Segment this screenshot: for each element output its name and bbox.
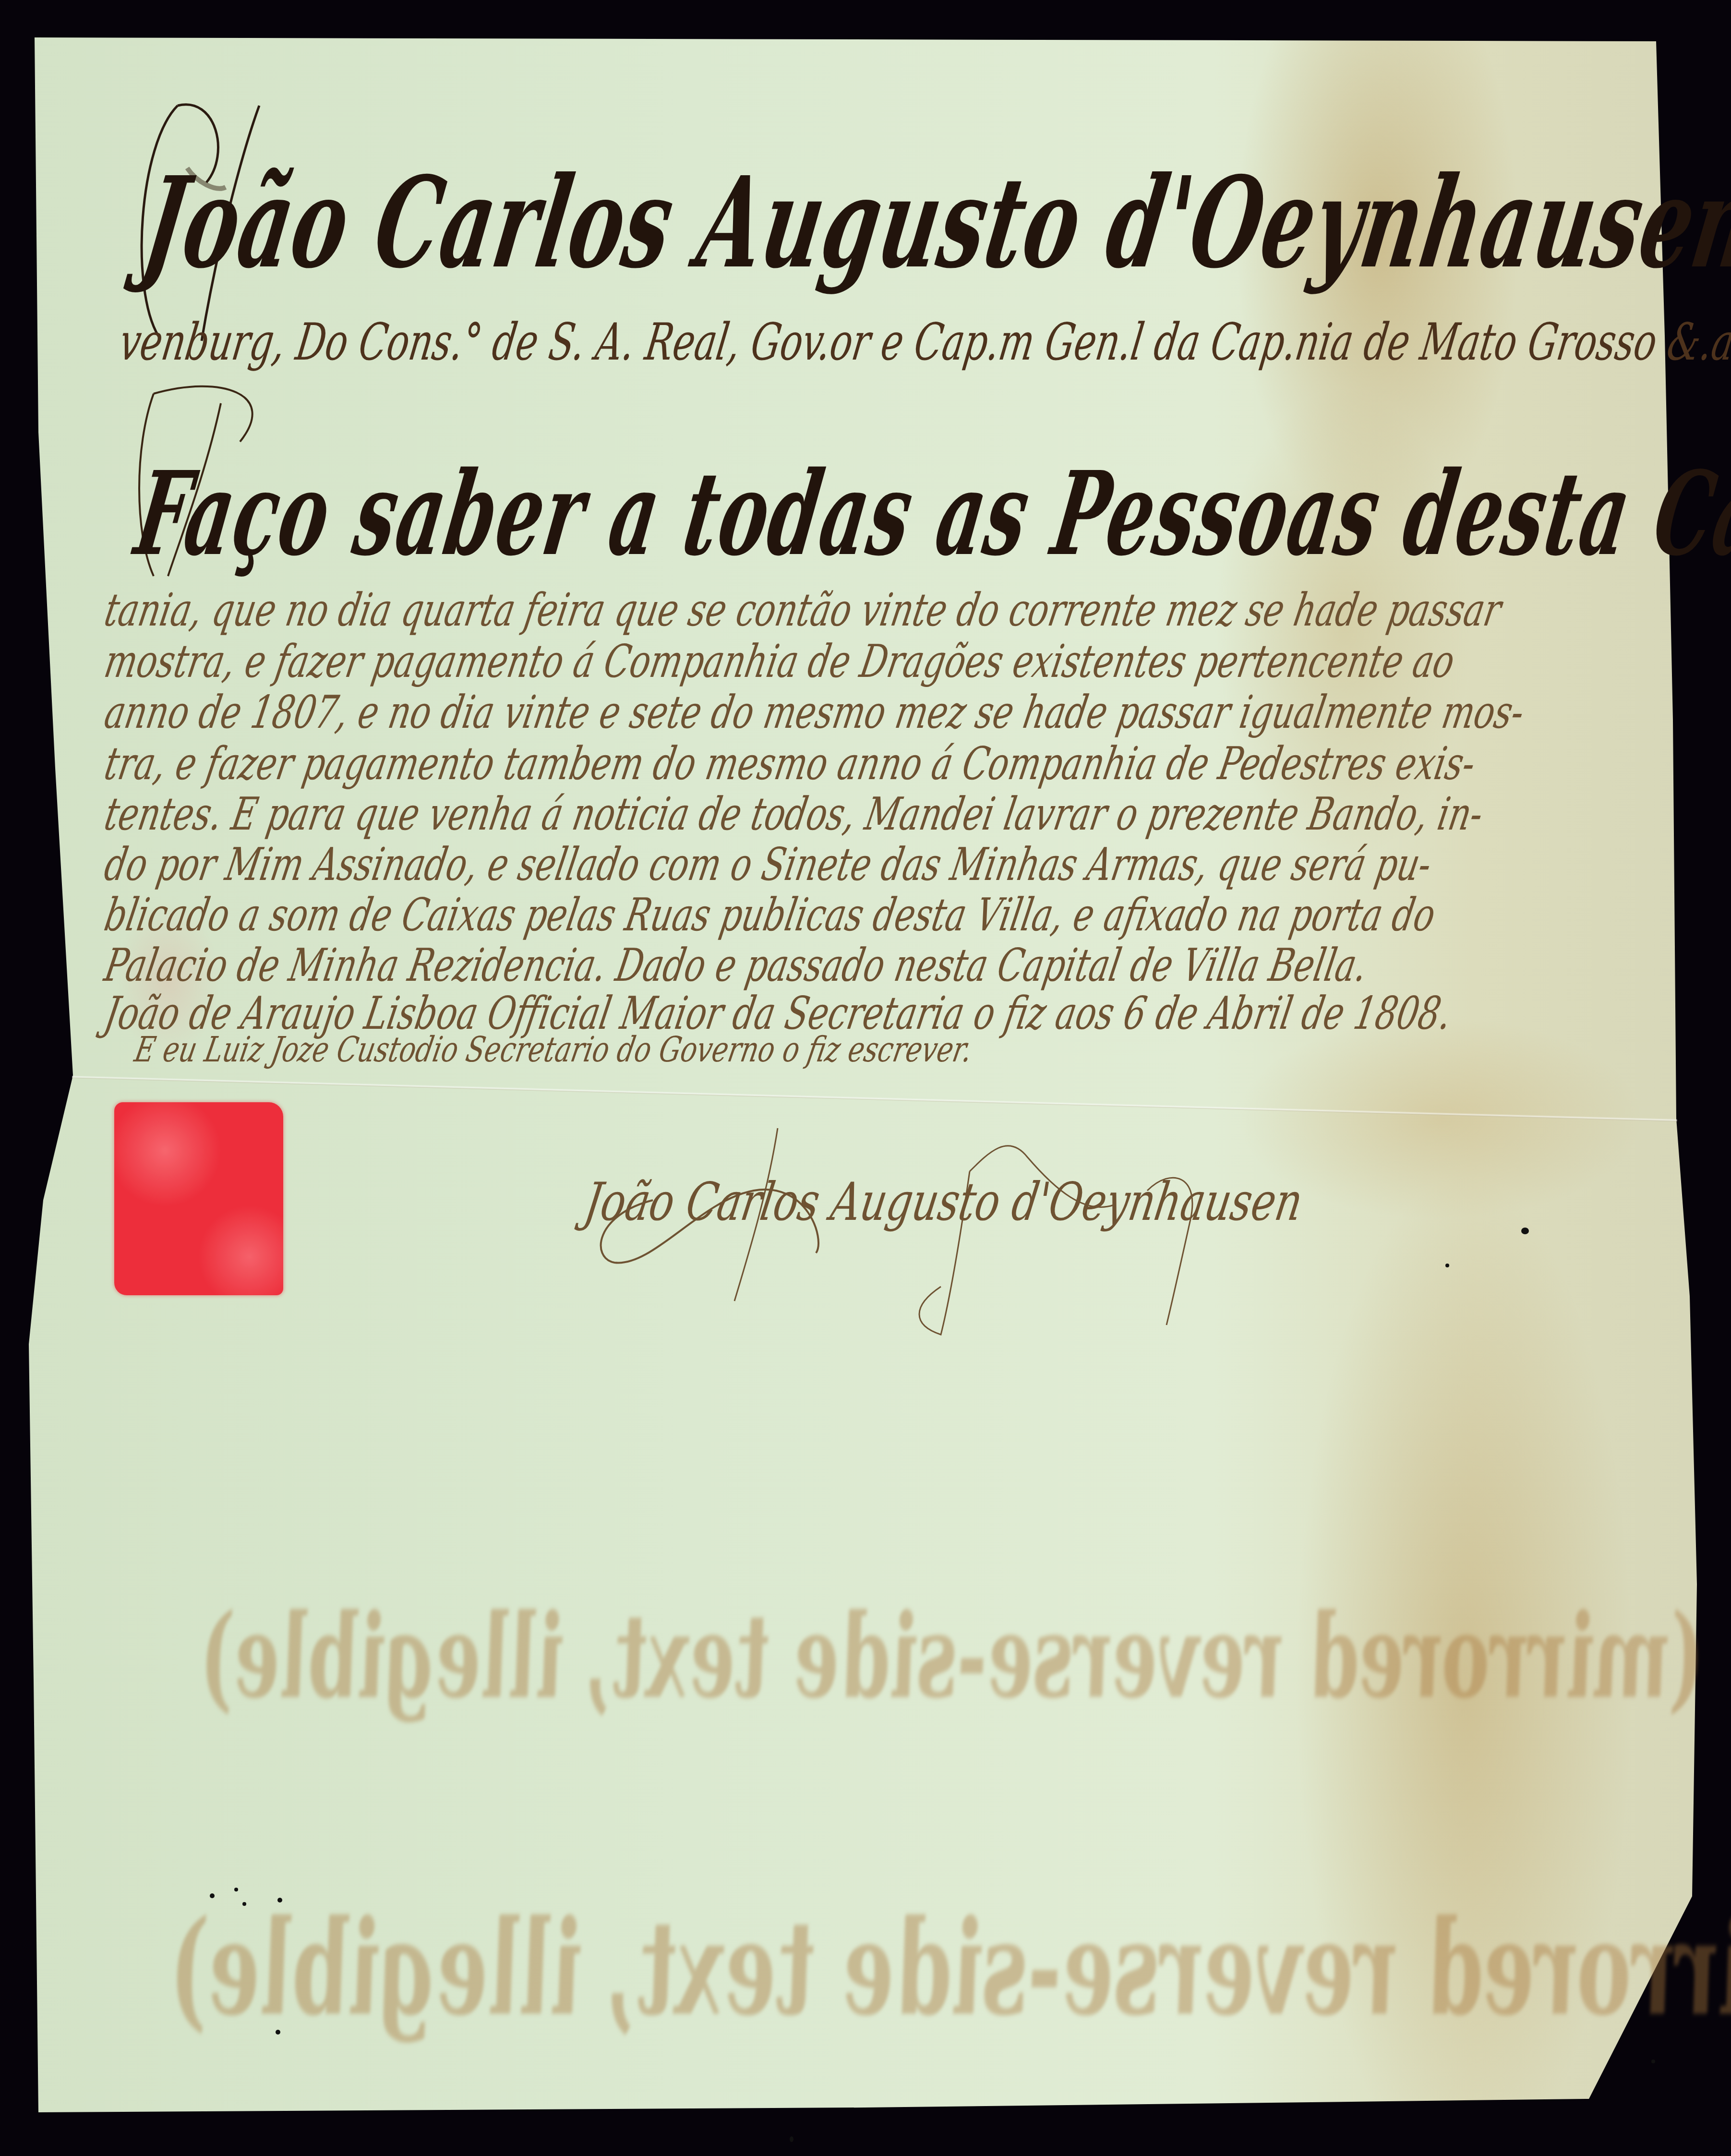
- wormhole-speck: [1445, 1264, 1449, 1267]
- bleed-through-text-upper: (mirrored reverse-side text, illegible): [190, 1589, 1715, 1724]
- wormhole-speck: [242, 1902, 246, 1906]
- body-line-2: mostra, e fazer pagamento á Companhia de…: [101, 635, 1459, 688]
- wormhole-speck: [790, 2136, 793, 2142]
- secretary-closing: E eu Luiz Joze Custodio Secretario do Go…: [132, 1030, 975, 1071]
- wormhole-speck: [276, 2030, 280, 2035]
- document-title-name: João Carlos Augusto d'Oeynhausen Gra-: [135, 149, 1731, 296]
- body-line-4: tra, e fazer pagamento tambem do mesmo a…: [101, 737, 1479, 790]
- document-title-offices: venburg, Do Cons.° de S. A. Real, Gov.or…: [116, 312, 1731, 372]
- body-line-7: blicado a som de Caixas pelas Ruas publi…: [101, 888, 1440, 941]
- wormhole-speck: [1521, 1228, 1529, 1234]
- red-seal: [114, 1102, 283, 1295]
- wormhole-speck: [234, 1888, 238, 1891]
- bleed-through-text-lower: (mirrored reverse-side text, illegible): [158, 1891, 1731, 2045]
- wormhole-speck: [277, 1898, 282, 1903]
- body-line-1: tania, que no dia quarta feira que se co…: [101, 583, 1506, 637]
- body-line-8: Palacio de Minha Rezidencia. Dado e pass…: [101, 939, 1372, 992]
- wormhole-speck: [1651, 2060, 1655, 2063]
- body-line-3: anno de 1807, e no dia vinte e sete do m…: [101, 686, 1528, 739]
- body-line-5: tentes. E para que venha á noticia de to…: [101, 787, 1488, 841]
- wormhole-speck: [210, 1893, 215, 1898]
- document-lead-phrase: Faço saber a todas as Pessoas desta Capi…: [128, 446, 1731, 582]
- body-line-6: do por Mim Assinado, e sellado com o Sin…: [101, 838, 1436, 891]
- governor-signature: João Carlos Augusto d'Oeynhausen: [580, 1171, 1307, 1232]
